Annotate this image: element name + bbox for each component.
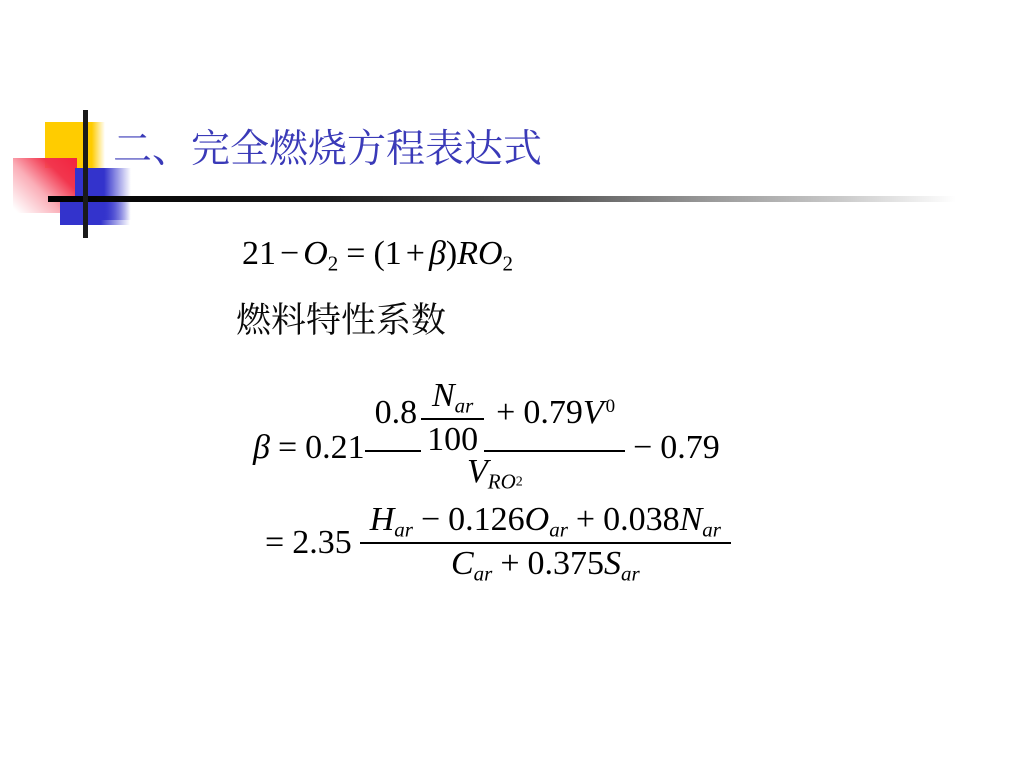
eq1-rparen: ) [446,235,457,272]
eq2-inner-denominator: 100 [421,418,484,459]
eq1-O: O [303,235,328,272]
eq2-inner-N-subscript: ar [455,394,474,418]
eq2-main-fraction: 0.8 Nar 100 +0.79V0 VRO2 [365,376,625,494]
eq2-tail-minus: − [625,429,660,466]
eq3-den-S-subscript: ar [621,562,640,586]
eq3-num-run: Har−0.126Oar+0.038Nar [370,500,721,542]
eq3-equals: = [265,524,284,561]
eq2-inner-fraction: Nar 100 [417,376,488,459]
eq1-lparen: ( [373,235,384,272]
eq1-plus: + [402,235,429,272]
equation-complete-combustion: 21−O2=(1+β)RO2 [242,234,513,275]
eq3-num-H-subscript: ar [394,518,413,542]
eq3-num-H: H [370,501,395,538]
eq1-RO-subscript: 2 [503,251,514,275]
title-underline-rule [48,196,965,202]
eq1-beta: β [429,235,446,272]
eq3-numerator: Har−0.126Oar+0.038Nar [360,500,731,542]
eq2-beta: β [253,429,270,466]
eq2-den-V-sub-subscript: 2 [516,474,523,489]
eq3-factor: 2.35 [284,524,360,561]
eq3-den-c: 0.375 [528,545,605,582]
eq2-num-coeff-b: 0.79 [523,394,583,431]
eq2-num-tail-run: +0.79V0 [488,393,615,432]
slide-title: 二、完全燃烧方程表达式 [113,128,542,173]
eq1-one: 1 [385,235,402,272]
eq3-den-plus: + [492,545,527,582]
eq2-lead-run: β=0.21 [253,428,365,467]
eq2-tail-run: −0.79 [625,428,720,467]
eq1-lhs-21: 21 [242,235,276,272]
equation-beta-fuel-composition: =2.35 Har−0.126Oar+0.038Nar Car+0.375Sar [265,500,731,586]
eq2-num-coeff-a: 0.8 [375,393,418,432]
eq3-num-plus: + [568,501,603,538]
eq2-inner-numerator: Nar [428,376,477,418]
eq3-num-N: N [680,501,703,538]
eq2-den-V-subscript: RO [488,470,516,494]
eq2-equals: = [270,429,305,466]
fuel-coefficient-label: 燃料特性系数 [236,300,446,342]
eq3-fraction: Har−0.126Oar+0.038Nar Car+0.375Sar [360,500,731,586]
eq2-num-V-superscript: 0 [604,396,616,417]
eq3-num-c1: 0.126 [448,501,525,538]
eq3-num-N-subscript: ar [702,518,721,542]
eq2-main-numerator: 0.8 Nar 100 +0.79V0 [365,376,625,450]
eq3-den-S: S [604,545,621,582]
eq3-num-O: O [525,501,550,538]
eq2-factor: 0.21 [305,429,365,466]
slide-canvas: { "slide": { "title": "二、完全燃烧方程表达式", "co… [0,0,1024,768]
eq3-den-run: Car+0.375Sar [451,544,640,586]
eq3-num-minus: − [413,501,448,538]
eq2-inner-N: N [432,377,455,414]
eq1-RO: RO [457,235,502,272]
eq3-num-c2: 0.038 [603,501,680,538]
vertical-crossline [83,110,88,238]
eq3-denominator: Car+0.375Sar [360,542,731,586]
eq2-main-denominator: VRO2 [365,450,625,494]
eq3-den-C: C [451,545,474,582]
eq3-den-C-subscript: ar [474,562,493,586]
eq3-lead-run: =2.35 [265,523,360,562]
equation-beta-definition: β=0.21 0.8 Nar 100 +0.79V0 VRO2 −0.79 [253,376,720,520]
eq1-equals: = [338,235,373,272]
eq1-minus: − [276,235,303,272]
eq1-O-subscript: 2 [328,251,339,275]
eq2-num-plus: + [488,394,523,431]
eq2-tail-const: 0.79 [660,429,720,466]
eq3-num-O-subscript: ar [549,518,568,542]
eq2-num-V: V [583,394,604,431]
